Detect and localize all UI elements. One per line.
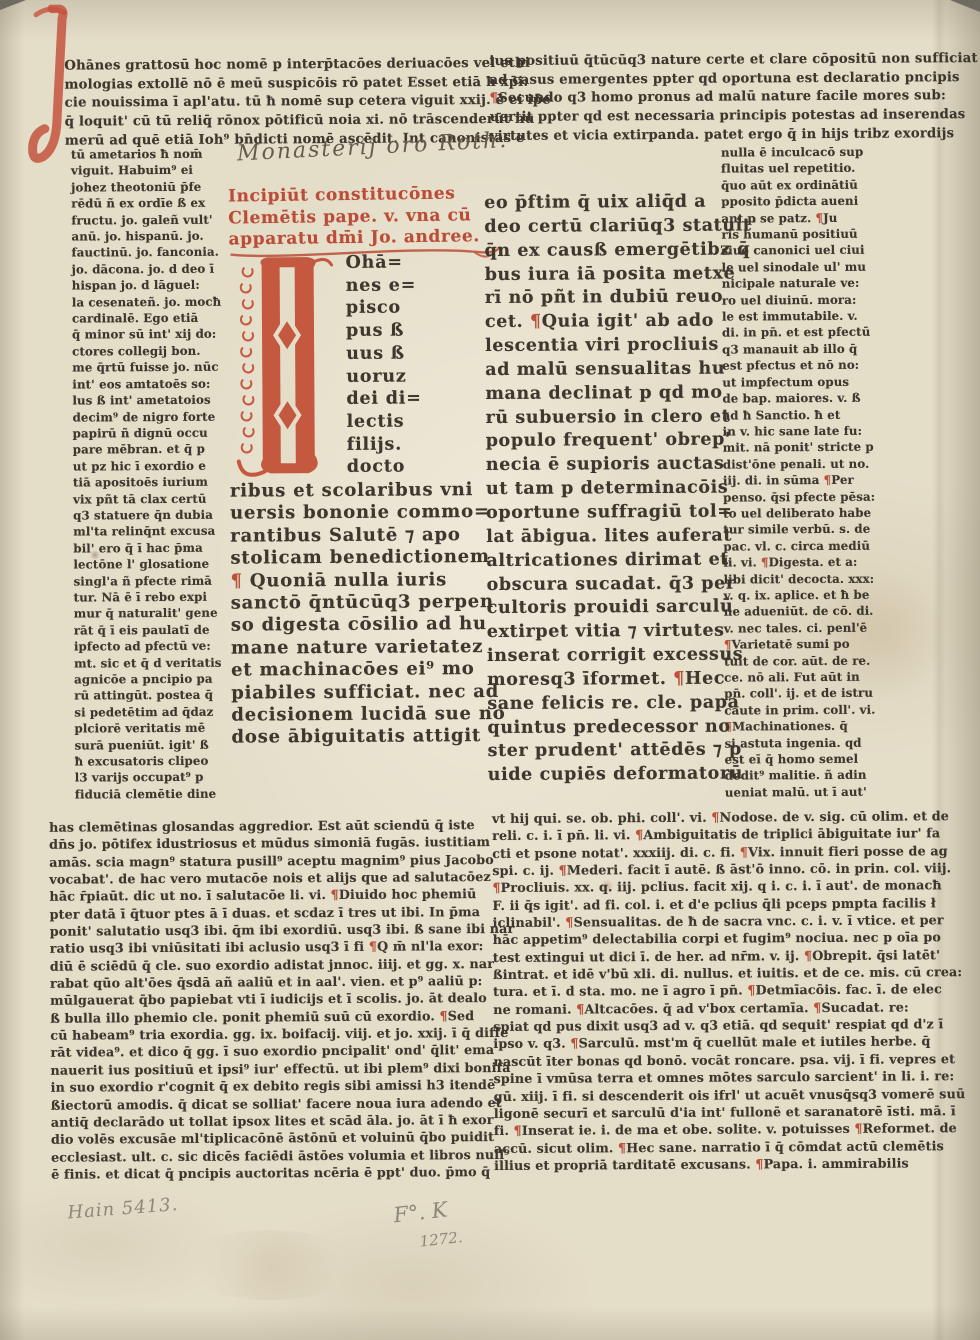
text-line: ius positiuū q̄tūcūq3 nature certe et cl… xyxy=(489,50,941,71)
text-line: mit. nā ponit' stricte p xyxy=(723,439,895,456)
text-line: spine ī vmūsa terra et omnes mōtes sarcu… xyxy=(494,1067,948,1087)
text-line: rū subuersio in clero et xyxy=(485,405,725,430)
text-line: pus ß xyxy=(346,319,506,343)
text-line: anū. jo. hispanū. jo. xyxy=(71,228,239,245)
rubric-incipit: Incipiūt constitucōnesClemētis pape. v. … xyxy=(228,183,489,251)
text-line: dedit⁹ malitie. ñ adin xyxy=(725,767,897,784)
text-line: pn̄. coll'. ij. et de istru xyxy=(724,685,896,702)
text-line: tur. Nā ē ī rebo expi xyxy=(74,588,242,605)
main-text-center-column: eo p̄ftim q̄ uix aliq̄d adeo certū clari… xyxy=(484,191,728,789)
text-line: agnicōe a pncipio pa xyxy=(74,671,242,688)
parchment-page: Ohānes grattosū hoc nomē p interp̄tacōes… xyxy=(0,0,980,1340)
main-text-wrap-column: Ohā=nes e=piscopus ßuus ßuoruzdei di=lec… xyxy=(346,251,507,479)
text-line: rantibus Salutē ⁊ apo xyxy=(230,524,510,548)
text-line: ce. nō ali. Fut aūt in xyxy=(724,669,896,686)
text-line: v. q. ix. aplice. et ħ be xyxy=(724,587,896,604)
main-text-left-column: ribus et scolaribus vniuersis bononie co… xyxy=(230,479,512,750)
text-line: nulla ē inculcacō sup xyxy=(721,144,893,161)
text-line: decisionem lucidā sue no xyxy=(231,703,511,727)
text-line: bil' ero q̄ ī hac p̄ma xyxy=(73,539,241,556)
text-line: rū attingūt. postea q̄ xyxy=(74,687,242,704)
handwritten-folio-mark: F°. K xyxy=(392,1198,448,1228)
text-line: q̄n ex causß emergētibz q̄ xyxy=(484,238,724,263)
text-line: uoruz xyxy=(346,364,506,388)
text-line: docto xyxy=(347,455,507,479)
text-line: viguit. Habuim⁹ ei xyxy=(71,162,239,179)
text-line: si pedetētim ad q̄daz xyxy=(74,703,242,720)
text-line: uersis bononie commo= xyxy=(230,501,510,525)
text-line: mur q̄ naturalit' gene xyxy=(74,605,242,622)
text-line: Incipiūt constitucōnes xyxy=(228,183,488,208)
text-line: eo p̄ftim q̄ uix aliq̄d a xyxy=(484,191,724,216)
text-line: so digesta cōsilio ad hu xyxy=(231,613,511,637)
text-line: papirū ñ dignū occu xyxy=(73,424,241,441)
text-line: q̄ loquit' cū tū reliq̄ rōnox pōtificū n… xyxy=(65,111,485,132)
text-line: quintus predecessor no xyxy=(487,715,727,740)
text-line: jo. dācona. jo. d deo ī xyxy=(72,260,240,277)
text-line: ribus et scolaribus vni xyxy=(230,479,510,503)
text-line: pac. vl. c. circa mediū xyxy=(723,537,895,554)
text-line: q̄uo aūt ex ordinātiū xyxy=(721,176,893,193)
text-line: cardinalē. Ego etiā xyxy=(72,310,240,327)
text-line: ut tam p determinacōis xyxy=(486,477,726,502)
text-line: cultoris prouidi sarculū xyxy=(487,596,727,621)
text-line: ut pz hic ī exordio e xyxy=(73,457,241,474)
text-line: necia ē supioris auctas xyxy=(486,453,726,478)
text-line: uide cupiēs deformatorū xyxy=(488,763,728,788)
text-line: dei di= xyxy=(346,387,506,411)
text-line: q3 manauit ab illo q̄ xyxy=(722,340,894,357)
text-line: ¶Machinationes. q̄ xyxy=(724,718,896,735)
text-line: mana declinat p qd mo xyxy=(485,381,725,406)
text-line: ē finis. et dicat q̄ pncipis auctoritas … xyxy=(51,1163,497,1183)
text-line: singl'a ñ pfecte rimā xyxy=(73,572,241,589)
text-line: la cesenateñ. jo. mocħ xyxy=(72,293,240,310)
text-line: q3 statuere q̄n dubia xyxy=(73,506,241,523)
text-line: johez theotoniū p̄fe xyxy=(71,178,239,195)
text-line: ml'ta relinq̄nt excusa xyxy=(73,523,241,540)
text-line: di. in pn̄. et est pfectū xyxy=(722,324,894,341)
text-line: v. nec tales. ci. penl'ē xyxy=(724,619,896,636)
text-line: li. vi. ¶Digesta. et a: xyxy=(723,554,895,571)
text-line: mt. sic et q̄ d veritatis xyxy=(74,654,242,671)
text-line: bus iura iā posita metxe xyxy=(485,262,725,287)
text-line: rāt q̄ ī eis paulatī de xyxy=(74,621,242,638)
text-line: inserat corrigit excessus xyxy=(487,644,727,669)
text-line: lectis xyxy=(347,410,507,434)
page-content: Ohānes grattosū hoc nomē p interp̄tacōes… xyxy=(0,0,980,1340)
text-line: le uel sinodale ul' mu xyxy=(722,258,894,275)
text-line: est pfectus et nō no: xyxy=(722,357,894,374)
decorated-initial-I xyxy=(228,255,339,482)
text-line: dist'ōne penali. ut no. xyxy=(723,455,895,472)
text-line: int' eos amtatoēs so: xyxy=(72,375,240,392)
text-line: tū ametarios ħ nom̄ xyxy=(71,146,239,163)
commentary-right-column: vt hij qui. se. ob. phi. coll'. vi. ¶Nod… xyxy=(492,807,948,1174)
text-line: et machinacōes ei⁹ mo xyxy=(231,658,511,682)
text-line: cie nouissima ī apl'atu. tū ħ nomē sup c… xyxy=(65,92,485,113)
text-line: piabiles sufficiat. nec ad xyxy=(231,681,511,705)
text-line: fi. ¶Inserat ie. i. de ma et obe. solite… xyxy=(494,1119,948,1139)
text-line: rī nō pñt in dubiū reuo xyxy=(485,286,725,311)
text-line: mologias extollē nō ē meū suspicōis rō p… xyxy=(64,74,484,95)
text-line: dose ābiguitatis attigit xyxy=(231,725,511,749)
text-line: sanctō q̄ntūcūq3 perpen xyxy=(231,591,511,615)
text-line: uertit ppter qd est necessaria principis… xyxy=(490,106,942,127)
text-line: to uel deliberato habe xyxy=(723,504,895,521)
text-line: lat ābigua. lites auferat xyxy=(486,524,726,549)
text-line: ro uel diuinū. mora: xyxy=(722,291,894,308)
text-line: altricationes dirimat et xyxy=(486,548,726,573)
text-line: ne adueniūt. de cō. di. xyxy=(724,603,896,620)
text-line: fructu. jo. galeñ vult' xyxy=(71,211,239,228)
text-line: hispan jo. d lāguel: xyxy=(72,277,240,294)
text-line: rēdū ñ ex ordīe ß ex xyxy=(71,195,239,212)
text-line: decim⁹ de nigro forte xyxy=(72,408,240,425)
text-line: penso. q̄si pfecte pēsa: xyxy=(723,488,895,505)
text-line: de bap. maiores. v. ß xyxy=(722,390,894,407)
text-line: l3 varijs occupat⁹ p xyxy=(75,769,243,786)
text-line: lus ß int' ametatoios xyxy=(72,392,240,409)
commentary-left-column: has clemētinas glosandas aggredior. Est … xyxy=(49,816,497,1183)
text-line: caute in prim. coll'. vi. xyxy=(724,701,896,718)
text-line: illius et propriā tarditatē excusans. ¶P… xyxy=(494,1154,948,1174)
text-line: ħ excusatoris clipeo xyxy=(75,753,243,770)
text-line: deo certū clariūq3 statuit' xyxy=(484,214,724,239)
text-line: uus ß xyxy=(346,342,506,366)
text-line: mane nature varietatez xyxy=(231,636,511,660)
handwritten-hain-number: Hain 5413. xyxy=(67,1194,179,1223)
text-line: obscura sucadat. q̄3 per xyxy=(487,572,727,597)
text-line: Ohānes grattosū hoc nomē p interp̄tacōes… xyxy=(64,55,484,76)
text-line: moresq3 īformet. ¶Hec xyxy=(487,667,727,692)
text-line: ¶ Quoniā nulla iuris xyxy=(230,569,510,593)
text-line: me q̄rtū fuisse jo. nūc xyxy=(72,359,240,376)
text-line: in v. hic sane late fu: xyxy=(723,422,895,439)
text-line: iij. di. in sūma ¶Per xyxy=(723,472,895,489)
text-line: ad ħ Sanctio. ħ et xyxy=(722,406,894,423)
text-line: q̄ minor sū int' xij do: xyxy=(72,326,240,343)
incipit-paragraph-right: ius positiuū q̄tūcūq3 nature certe et cl… xyxy=(489,50,942,146)
text-line: lectōne l' glosatione xyxy=(73,556,241,573)
text-line: pisco xyxy=(346,296,506,320)
text-line: stolicam benedictionem xyxy=(230,546,510,570)
text-line: ¶Varietatē sumi po xyxy=(724,636,896,653)
text-line: ueniat malū. ut ī aut' xyxy=(725,783,897,800)
text-line: dio volēs excusāe ml'tiplicacōnē āstōnū … xyxy=(51,1128,497,1148)
text-line: ad malū sensualitas hu xyxy=(485,357,725,382)
text-line: libi dicit' decocta. xxx: xyxy=(723,570,895,587)
text-line: fluitas uel repetitio. xyxy=(721,160,893,177)
text-line: ctores collegij bon. xyxy=(72,342,240,359)
text-line: si astuta ingenia. qd xyxy=(724,734,896,751)
text-line: lescentia viri procliuis xyxy=(485,334,725,359)
text-line: surā pueniūt. igit' ß xyxy=(74,736,242,753)
text-line: ipfecto ad pfectū ve: xyxy=(74,638,242,655)
text-line: cet. ¶Quia igit' ab ado xyxy=(485,310,725,335)
text-line: fiduciā clemētie dine xyxy=(75,785,243,802)
text-line: tiā apositoēs iurium xyxy=(73,474,241,491)
text-line: tur simile verbū. s. de xyxy=(723,521,895,538)
handwritten-folio-number: 1272. xyxy=(419,1228,464,1251)
text-line: fauctinū. jo. fanconia. xyxy=(71,244,239,261)
text-line: nicipale naturale ve: xyxy=(722,275,894,292)
text-line: extirpet vitia ⁊ virtutes xyxy=(487,620,727,645)
text-line: vix pñt tā clax certū xyxy=(73,490,241,507)
text-line: oportune suffragiū tol= xyxy=(486,501,726,526)
text-line: tuit de cor. aūt. de re. xyxy=(724,652,896,669)
text-line: ut impfectum opus xyxy=(722,373,894,390)
text-line: pposito p̄dicta aueni xyxy=(721,193,893,210)
text-line: filijs. xyxy=(347,433,507,457)
text-line: populo frequent' obrep' xyxy=(486,429,726,454)
text-line: in suo exordio r'cognit q̄ ex debito reg… xyxy=(51,1076,497,1096)
text-line: pare mēbran. et q̄ p xyxy=(73,441,241,458)
text-line: nes e= xyxy=(346,274,506,298)
text-line: sane felicis re. cle. papa xyxy=(487,691,727,716)
text-line: plciorē veritatis mē xyxy=(74,720,242,737)
left-margin-gloss: tū ametarios ħ nom̄viguit. Habuim⁹ eijoh… xyxy=(71,146,243,803)
text-line: est eī q̄ homo semel xyxy=(725,751,897,768)
text-line: ster prudent' attēdēs ⁊ p xyxy=(488,739,728,764)
text-line: le est immutabile. v. xyxy=(722,308,894,325)
text-line: Ohā= xyxy=(346,251,506,275)
